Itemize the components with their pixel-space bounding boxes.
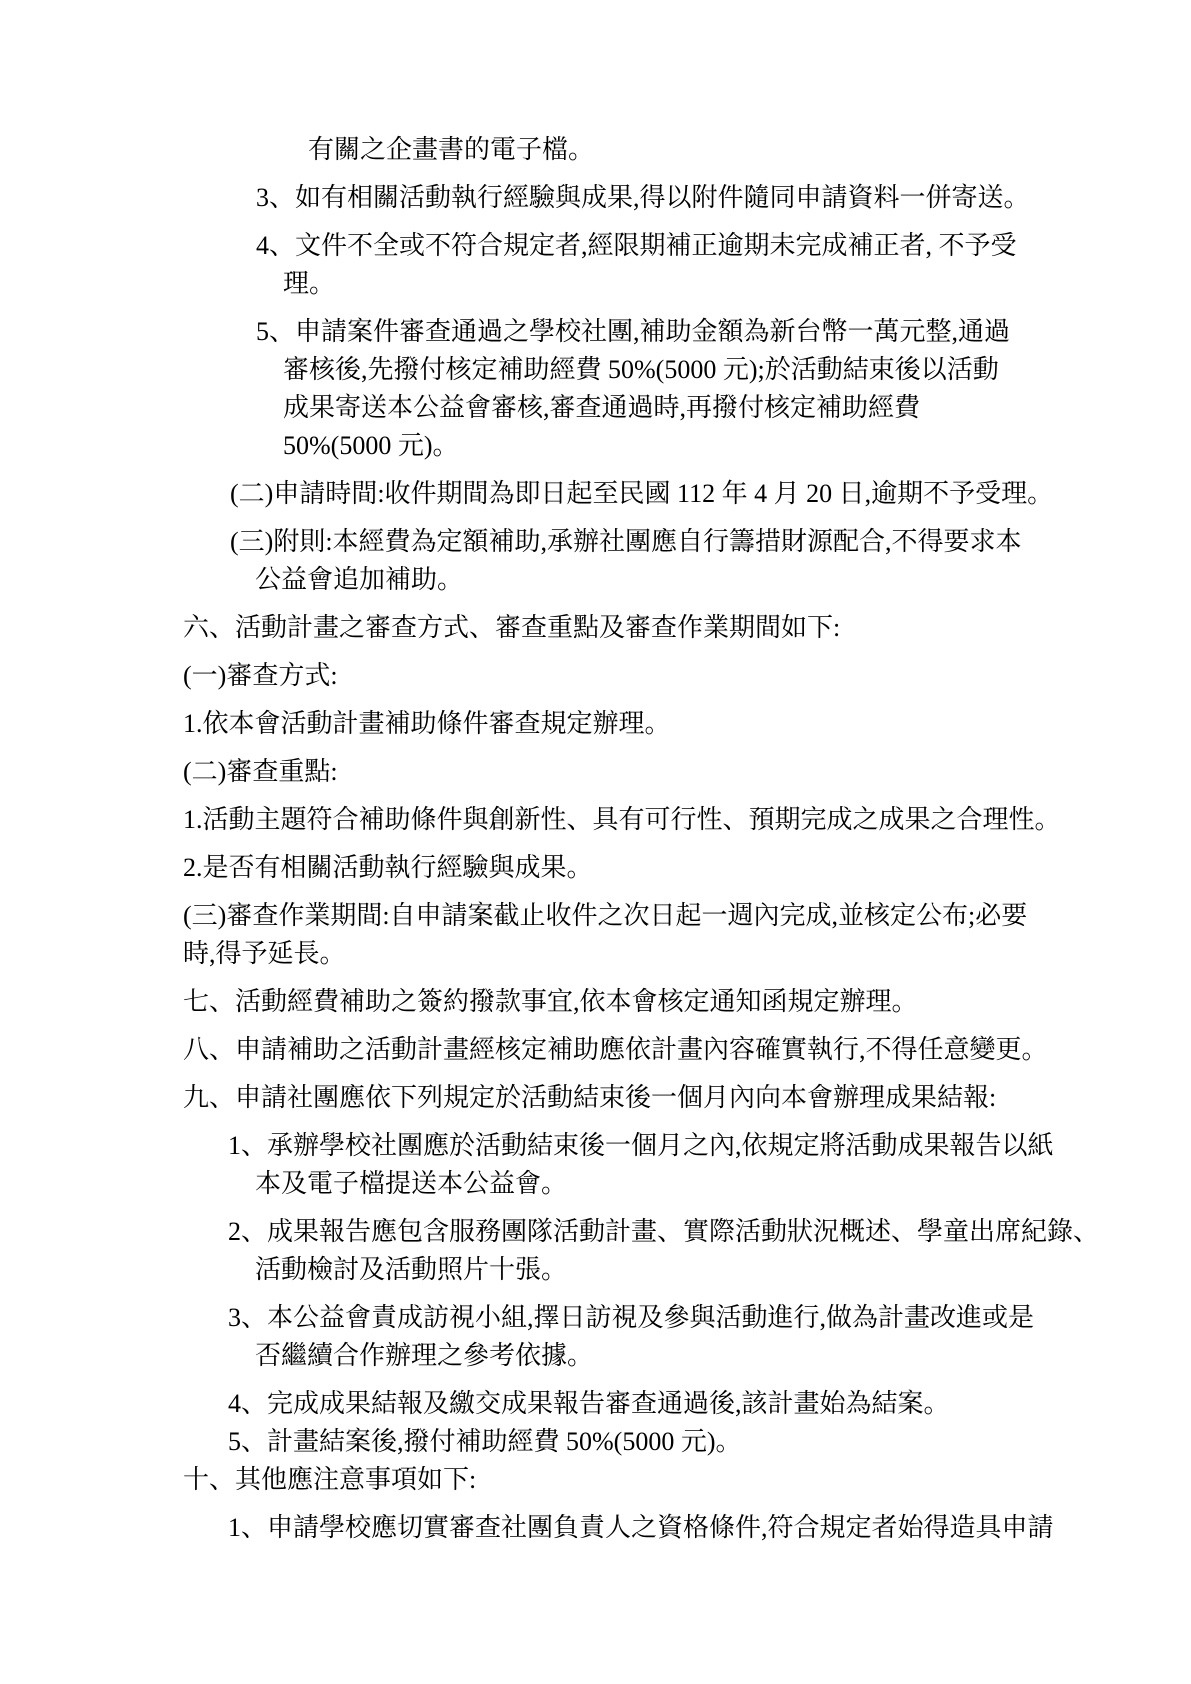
document-page: 有關之企畫書的電子檔。3、如有相關活動執行經驗與成果,得以附件隨同申請資料一併寄… [0, 0, 1191, 1684]
paragraph: 4、文件不全或不符合規定者,經限期補正逾期未完成補正者, 不予受理。 [256, 227, 1091, 303]
text-line: 4、文件不全或不符合規定者,經限期補正逾期未完成補正者, 不予受 [256, 227, 1091, 265]
paragraph: 有關之企畫書的電子檔。 [308, 131, 1091, 169]
text-line: 審核後,先撥付核定補助經費 50%(5000 元);於活動結束後以活動 [283, 351, 1091, 389]
paragraph: 1、申請學校應切實審查社團負責人之資格條件,符合規定者始得造具申請 [228, 1509, 1091, 1547]
paragraph: 4、完成成果結報及繳交成果報告審查通過後,該計畫始為結案。 [228, 1385, 1091, 1423]
text-line: 2.是否有相關活動執行經驗與成果。 [183, 849, 1091, 887]
text-line: (三)審查作業期間:自申請案截止收件之次日起一週內完成,並核定公布;必要 [183, 897, 1091, 935]
text-line: 八、申請補助之活動計畫經核定補助應依計畫內容確實執行,不得任意變更。 [183, 1031, 1091, 1069]
text-line: 時,得予延長。 [183, 935, 1091, 973]
text-line: 公益會追加補助。 [255, 561, 1091, 599]
paragraph: 2、成果報告應包含服務團隊活動計畫、實際活動狀況概述、學童出席紀錄、活動檢討及活… [228, 1213, 1091, 1289]
text-line: (三)附則:本經費為定額補助,承辦社團應自行籌措財源配合,不得要求本 [230, 523, 1091, 561]
text-line: 否繼續合作辦理之參考依據。 [255, 1337, 1091, 1375]
text-line: 成果寄送本公益會審核,審查通過時,再撥付核定補助經費 [283, 389, 1091, 427]
text-line: 1.活動主題符合補助條件與創新性、具有可行性、預期完成之成果之合理性。 [183, 801, 1091, 839]
paragraph: 3、本公益會責成訪視小組,擇日訪視及參與活動進行,做為計畫改進或是否繼續合作辦理… [228, 1299, 1091, 1375]
paragraph: 十、其他應注意事項如下: [183, 1461, 1091, 1499]
paragraph: (三)附則:本經費為定額補助,承辦社團應自行籌措財源配合,不得要求本公益會追加補… [230, 523, 1091, 599]
text-line: 本及電子檔提送本公益會。 [255, 1165, 1091, 1203]
text-line: 有關之企畫書的電子檔。 [308, 131, 1091, 169]
paragraph: 5、申請案件審查通過之學校社團,補助金額為新台幣一萬元整,通過審核後,先撥付核定… [256, 313, 1091, 465]
paragraph: 八、申請補助之活動計畫經核定補助應依計畫內容確實執行,不得任意變更。 [183, 1031, 1091, 1069]
paragraph: (二)申請時間:收件期間為即日起至民國 112 年 4 月 20 日,逾期不予受… [230, 475, 1091, 513]
paragraph: (一)審查方式: [183, 657, 1091, 695]
text-line: 4、完成成果結報及繳交成果報告審查通過後,該計畫始為結案。 [228, 1385, 1091, 1423]
text-line: 3、本公益會責成訪視小組,擇日訪視及參與活動進行,做為計畫改進或是 [228, 1299, 1091, 1337]
text-line: (一)審查方式: [183, 657, 1091, 695]
text-line: (二)審查重點: [183, 753, 1091, 791]
text-line: 50%(5000 元)。 [283, 427, 1091, 465]
text-line: 七、活動經費補助之簽約撥款事宜,依本會核定通知函規定辦理。 [183, 983, 1091, 1021]
text-line: 六、活動計畫之審查方式、審查重點及審查作業期間如下: [183, 609, 1091, 647]
text-line: 3、如有相關活動執行經驗與成果,得以附件隨同申請資料一併寄送。 [256, 179, 1091, 217]
paragraph: 3、如有相關活動執行經驗與成果,得以附件隨同申請資料一併寄送。 [256, 179, 1091, 217]
text-line: 九、申請社團應依下列規定於活動結束後一個月內向本會辦理成果結報: [183, 1079, 1091, 1117]
paragraph: (三)審查作業期間:自申請案截止收件之次日起一週內完成,並核定公布;必要時,得予… [183, 897, 1091, 973]
text-line: 1、承辦學校社團應於活動結束後一個月之內,依規定將活動成果報告以紙 [228, 1127, 1091, 1165]
paragraph: 六、活動計畫之審查方式、審查重點及審查作業期間如下: [183, 609, 1091, 647]
text-line: 5、申請案件審查通過之學校社團,補助金額為新台幣一萬元整,通過 [256, 313, 1091, 351]
paragraph: 1.依本會活動計畫補助條件審查規定辦理。 [183, 705, 1091, 743]
paragraph: 1、承辦學校社團應於活動結束後一個月之內,依規定將活動成果報告以紙本及電子檔提送… [228, 1127, 1091, 1203]
paragraph: 2.是否有相關活動執行經驗與成果。 [183, 849, 1091, 887]
text-line: 5、計畫結案後,撥付補助經費 50%(5000 元)。 [228, 1423, 1091, 1461]
paragraph: 九、申請社團應依下列規定於活動結束後一個月內向本會辦理成果結報: [183, 1079, 1091, 1117]
text-line: (二)申請時間:收件期間為即日起至民國 112 年 4 月 20 日,逾期不予受… [230, 475, 1091, 513]
paragraph: (二)審查重點: [183, 753, 1091, 791]
paragraph: 1.活動主題符合補助條件與創新性、具有可行性、預期完成之成果之合理性。 [183, 801, 1091, 839]
paragraph: 七、活動經費補助之簽約撥款事宜,依本會核定通知函規定辦理。 [183, 983, 1091, 1021]
text-line: 理。 [283, 265, 1091, 303]
text-line: 活動檢討及活動照片十張。 [255, 1251, 1091, 1289]
text-line: 2、成果報告應包含服務團隊活動計畫、實際活動狀況概述、學童出席紀錄、 [228, 1213, 1091, 1251]
text-line: 1.依本會活動計畫補助條件審查規定辦理。 [183, 705, 1091, 743]
text-line: 十、其他應注意事項如下: [183, 1461, 1091, 1499]
text-line: 1、申請學校應切實審查社團負責人之資格條件,符合規定者始得造具申請 [228, 1509, 1091, 1547]
paragraph: 5、計畫結案後,撥付補助經費 50%(5000 元)。 [228, 1423, 1091, 1461]
